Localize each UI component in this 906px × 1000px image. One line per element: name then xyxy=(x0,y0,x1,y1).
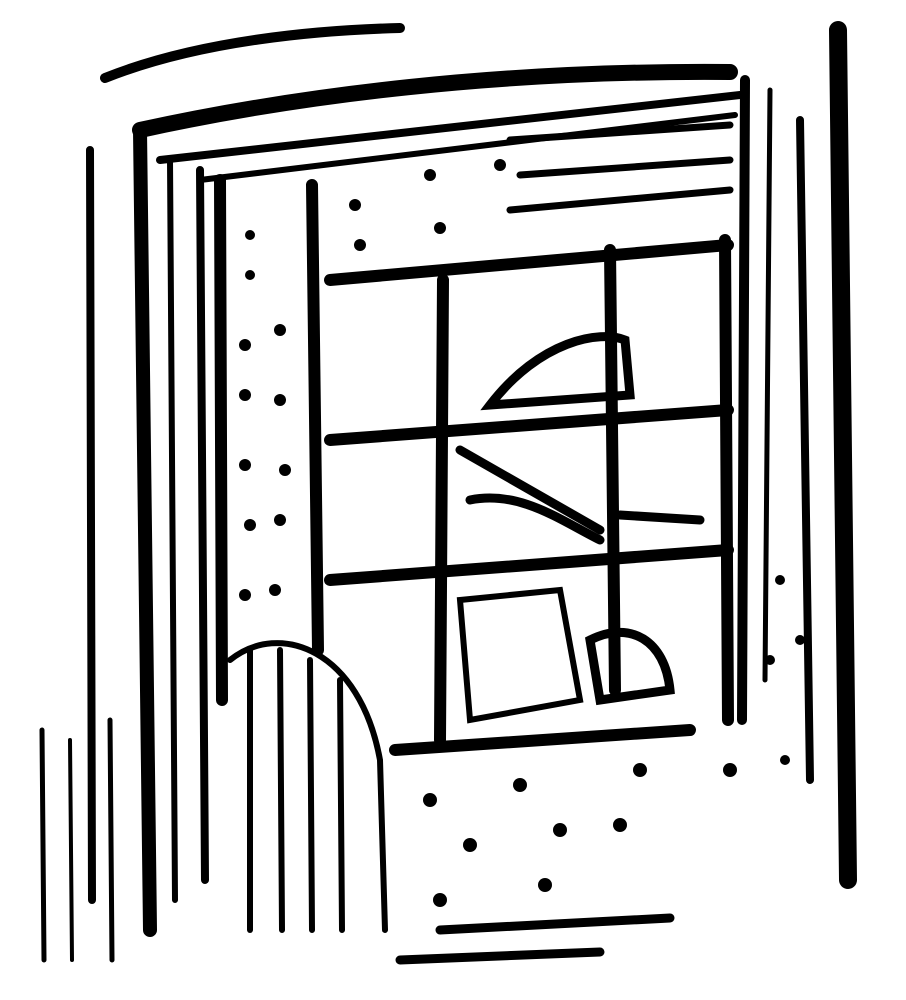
foreground-figure xyxy=(230,643,385,930)
prisoner-figure xyxy=(460,337,700,720)
prison-window-illustration xyxy=(0,0,906,1000)
